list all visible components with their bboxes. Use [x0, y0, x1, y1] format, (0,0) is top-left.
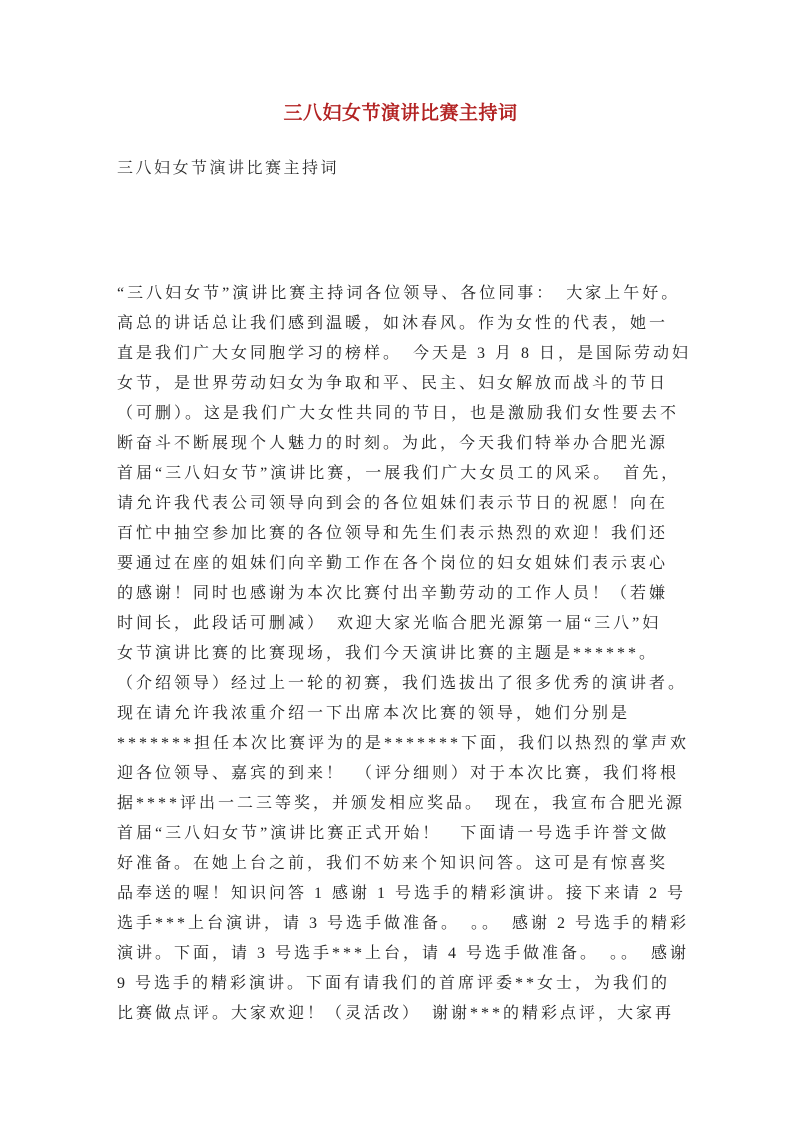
text-line: 比赛做点评。大家欢迎！（灵活改） 谢谢***的精彩点评，大家再 — [117, 999, 684, 1029]
document-body: “三八妇女节”演讲比赛主持词各位领导、各位同事： 大家上午好。高总的讲话总让我们… — [117, 279, 684, 1029]
text-line: 百忙中抽空参加比赛的各位领导和先生们表示热烈的欢迎！我们还 — [117, 519, 684, 549]
text-line: 演讲。下面，请 3 号选手***上台，请 4 号选手做准备。 。。 感谢 — [117, 939, 684, 969]
page: 三八妇女节演讲比赛主持词 三八妇女节演讲比赛主持词 “三八妇女节”演讲比赛主持词… — [0, 0, 800, 1132]
text-line: 据****评出一二三等奖，并颁发相应奖品。 现在，我宣布合肥光源 — [117, 789, 684, 819]
text-line: 迎各位领导、嘉宾的到来！ （评分细则）对于本次比赛，我们将根 — [117, 759, 684, 789]
text-line: 要通过在座的姐妹们向辛勤工作在各个岗位的妇女姐妹们表示衷心 — [117, 549, 684, 579]
text-line: （可删）。这是我们广大女性共同的节日，也是激励我们女性要去不 — [117, 399, 684, 429]
text-line: *******担任本次比赛评为的是*******下面，我们以热烈的掌声欢 — [117, 729, 684, 759]
document-subtitle: 三八妇女节演讲比赛主持词 — [117, 159, 684, 179]
text-line: 品奉送的喔！知识问答 1 感谢 1 号选手的精彩演讲。接下来请 2 号 — [117, 879, 684, 909]
text-line: 高总的讲话总让我们感到温暖，如沐春风。作为女性的代表，她一 — [117, 309, 684, 339]
text-line: 现在请允许我浓重介绍一下出席本次比赛的领导，她们分别是 — [117, 699, 684, 729]
text-line: 断奋斗不断展现个人魅力的时刻。为此，今天我们特举办合肥光源 — [117, 429, 684, 459]
document-page: { "document": { "title": "三八妇女节演讲比赛主持词",… — [0, 0, 800, 1132]
text-line: 首届“三八妇女节”演讲比赛，一展我们广大女员工的风采。 首先， — [117, 459, 684, 489]
text-line: 的感谢！同时也感谢为本次比赛付出辛勤劳动的工作人员！（若嫌 — [117, 579, 684, 609]
text-line: 选手***上台演讲，请 3 号选手做准备。 。。 感谢 2 号选手的精彩 — [117, 909, 684, 939]
text-line: 时间长，此段话可删减） 欢迎大家光临合肥光源第一届“三八”妇 — [117, 609, 684, 639]
text-line: 好准备。在她上台之前，我们不妨来个知识问答。这可是有惊喜奖 — [117, 849, 684, 879]
text-line: 女节演讲比赛的比赛现场，我们今天演讲比赛的主题是******。 — [117, 639, 684, 669]
text-line: （介绍领导）经过上一轮的初赛，我们选拔出了很多优秀的演讲者。 — [117, 669, 684, 699]
text-line: 直是我们广大女同胞学习的榜样。 今天是 3 月 8 日，是国际劳动妇 — [117, 339, 684, 369]
text-line: 请允许我代表公司领导向到会的各位姐妹们表示节日的祝愿！向在 — [117, 489, 684, 519]
document-title: 三八妇女节演讲比赛主持词 — [117, 102, 684, 126]
text-line: 首届“三八妇女节”演讲比赛正式开始！ 下面请一号选手许誉文做 — [117, 819, 684, 849]
text-line: “三八妇女节”演讲比赛主持词各位领导、各位同事： 大家上午好。 — [117, 279, 684, 309]
text-line: 9 号选手的精彩演讲。下面有请我们的首席评委**女士，为我们的 — [117, 969, 684, 999]
text-line: 女节，是世界劳动妇女为争取和平、民主、妇女解放而战斗的节日 — [117, 369, 684, 399]
